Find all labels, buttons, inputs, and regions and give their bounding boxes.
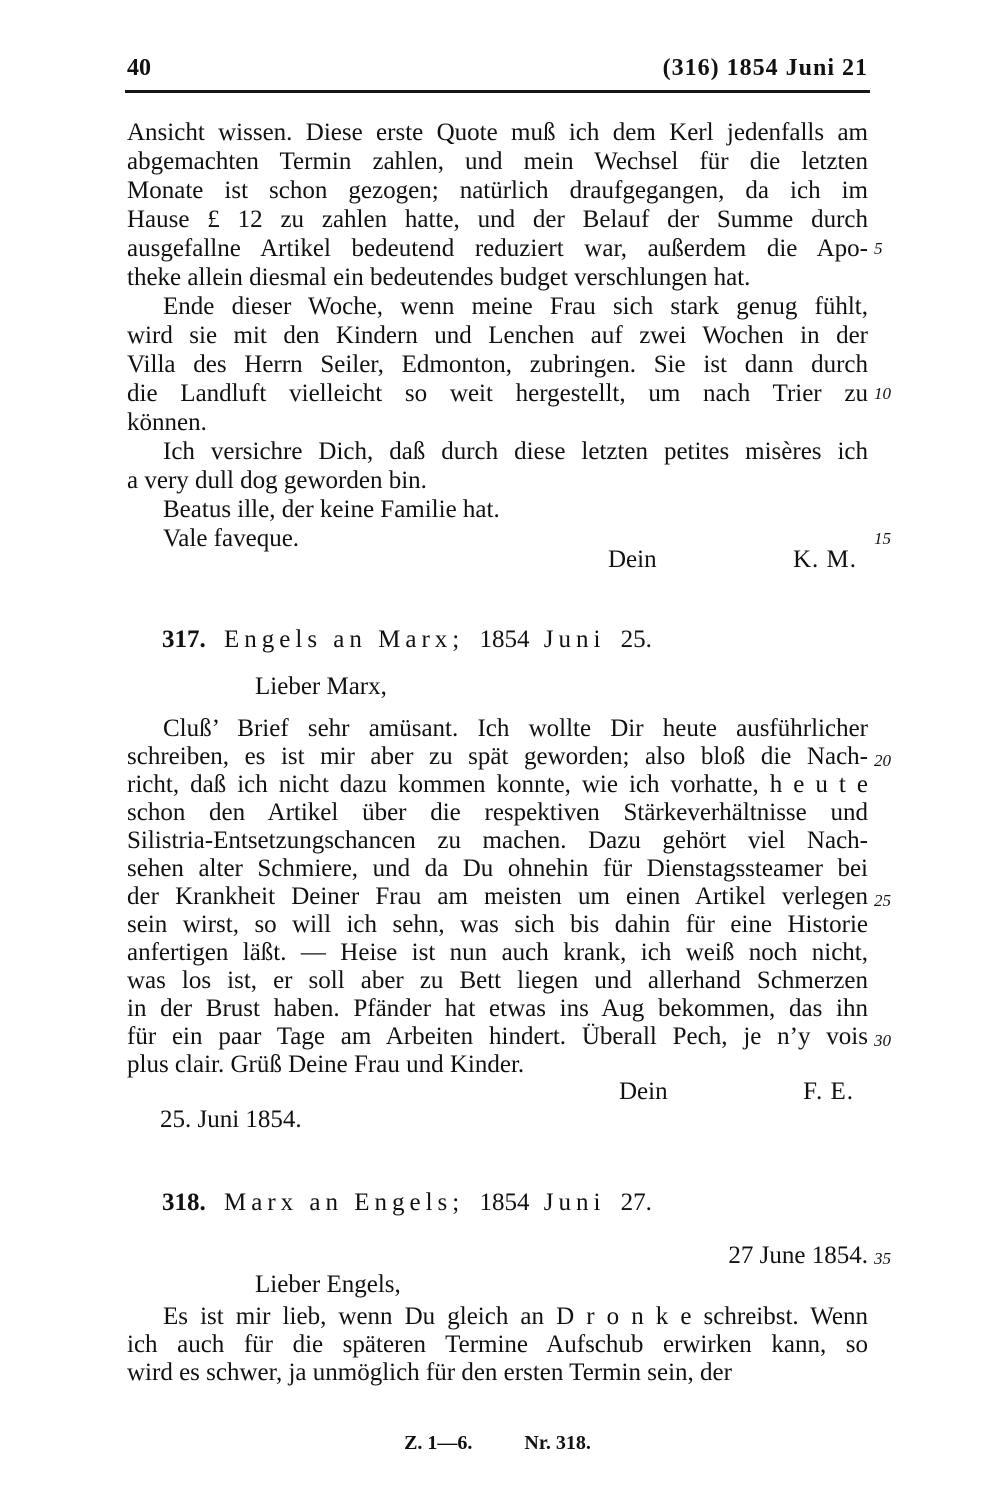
letter-parties: Engels an Marx;	[224, 626, 464, 653]
text-line: a very dull dog geworden bin.	[127, 466, 868, 495]
text-line: in der Brust haben. Pfänder hat etwas in…	[127, 995, 868, 1023]
text-line: Monate ist schon gezogen; natürlich drau…	[127, 176, 868, 205]
text-line: können.	[127, 408, 868, 437]
text-line: wird sie mit den Kindern und Lenchen auf…	[127, 321, 868, 350]
letter-316-paragraph-2: Ende dieser Woche, wenn meine Frau sich …	[127, 292, 868, 437]
letter-317-body: Cluß’ Brief sehr amüsant. Ich wollte Dir…	[127, 715, 868, 1079]
letter-parties: Marx an Engels;	[224, 1189, 464, 1216]
margin-line-number: 10	[874, 385, 891, 402]
signature-initials: K. M.	[793, 545, 857, 574]
margin-line-number: 5	[874, 240, 883, 257]
letter-317-salutation: Lieber Marx,	[127, 672, 996, 701]
letter-317-signature: Dein F. E.	[127, 1077, 868, 1106]
margin-line-number: 25	[874, 892, 891, 909]
letter-316-paragraph-1: Ansicht wissen. Diese erste Quote muß ic…	[127, 118, 868, 292]
text-line: sehen alter Schmiere, und da Du ohnehin …	[127, 855, 868, 883]
text-line: Ich versichre Dich, daß durch diese letz…	[127, 437, 868, 466]
letter-318-body: Es ist mir lieb, wenn Du gleich an D r o…	[127, 1303, 868, 1387]
text-line: Ansicht wissen. Diese erste Quote muß ic…	[127, 118, 868, 147]
letter-318-heading: 318. Marx an Engels; 1854 Juni 27.	[127, 1188, 903, 1217]
running-head: (316) 1854 Juni 21	[663, 55, 868, 82]
text-line: Cluß’ Brief sehr amüsant. Ich wollte Dir…	[127, 715, 868, 743]
letter-day: 27.	[621, 1189, 652, 1216]
signature-closing: Dein	[608, 545, 657, 574]
text-line: abgemachten Termin zahlen, und mein Wech…	[127, 147, 868, 176]
footer-apparatus: Z. 1—6. Nr. 318.	[127, 1432, 868, 1455]
text-line: ich auch für die späteren Termine Aufsch…	[127, 1331, 868, 1359]
text-line: Silistria-Entsetzungschancen zu machen. …	[127, 827, 868, 855]
text-line: richt, daß ich nicht dazu kommen konnte,…	[127, 771, 868, 799]
book-page: 40 (316) 1854 Juni 21 Ansicht wissen. Di…	[0, 0, 1008, 1500]
text-line: theke allein diesmal ein bedeutendes bud…	[127, 263, 868, 292]
text-line: wird es schwer, ja unmöglich für den ers…	[127, 1359, 868, 1387]
letter-month: Juni	[544, 626, 606, 653]
signature-initials: F. E.	[803, 1077, 854, 1106]
signature-closing: Dein	[619, 1077, 668, 1106]
footer-lines-ref: Z. 1—6.	[404, 1432, 472, 1455]
text-line: was los ist, er soll aber zu Bett liegen…	[127, 967, 868, 995]
letter-318-salutation: Lieber Engels,	[127, 1270, 996, 1299]
letter-316-paragraph-3: Ich versichre Dich, daß durch diese letz…	[127, 437, 868, 495]
margin-line-number: 35	[874, 1250, 891, 1267]
text-line: plus clair. Grüß Deine Frau und Kinder.	[127, 1051, 868, 1079]
margin-line-number: 30	[874, 1032, 891, 1049]
letter-day: 25.	[621, 626, 652, 653]
text-line: Beatus ille, der keine Familie hat.	[127, 495, 868, 524]
letter-number: 317.	[162, 626, 206, 653]
text-line: Es ist mir lieb, wenn Du gleich an D r o…	[127, 1303, 868, 1331]
text-line: Ende dieser Woche, wenn meine Frau sich …	[127, 292, 868, 321]
text-line: schon den Artikel über die respektiven S…	[127, 799, 868, 827]
letter-316-signature: Dein K. M.	[127, 545, 868, 574]
margin-line-number: 15	[874, 530, 891, 547]
letter-month: Juni	[544, 1189, 606, 1216]
text-line: für ein paar Tage am Arbeiten hindert. Ü…	[127, 1023, 868, 1051]
text-line: schreiben, es ist mir aber zu spät gewor…	[127, 743, 868, 771]
text-line: der Krankheit Deiner Frau am meisten um …	[127, 883, 868, 911]
letter-317-dateline: 25. Juni 1854.	[127, 1105, 901, 1134]
footer-letter-ref: Nr. 318.	[524, 1432, 590, 1455]
page-number: 40	[127, 55, 151, 82]
letter-317-heading: 317. Engels an Marx; 1854 Juni 25.	[127, 625, 903, 654]
letter-316-paragraph-4: Beatus ille, der keine Familie hat.	[127, 495, 868, 524]
text-line: Hause £ 12 zu zahlen hatte, und der Bela…	[127, 205, 868, 234]
header-rule	[125, 90, 870, 93]
letter-318-date: 27 June 1854.	[127, 1241, 914, 1270]
text-line: die Landluft vielleicht so weit hergeste…	[127, 379, 868, 408]
letter-year: 1854	[479, 1189, 529, 1216]
margin-line-number: 20	[874, 752, 891, 769]
text-line: sein wirst, so will ich sehn, was sich b…	[127, 911, 868, 939]
text-line: Villa des Herrn Seiler, Edmonton, zubrin…	[127, 350, 868, 379]
letter-year: 1854	[479, 626, 529, 653]
text-line: ausgefallne Artikel bedeutend reduziert …	[127, 234, 868, 263]
letter-number: 318.	[162, 1189, 206, 1216]
text-line: anfertigen läßt. — Heise ist nun auch kr…	[127, 939, 868, 967]
